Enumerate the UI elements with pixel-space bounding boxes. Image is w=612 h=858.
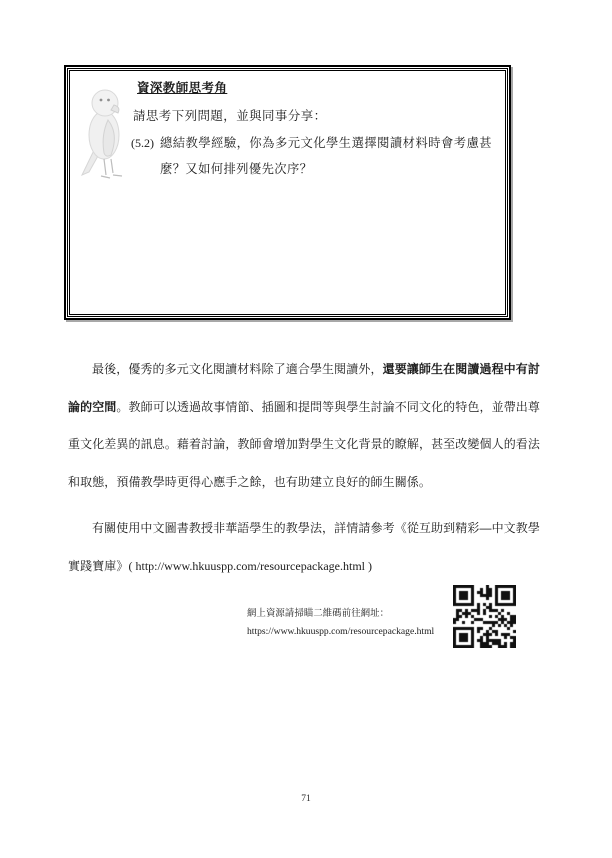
paragraph-reference: 有關使用中文圖書教授非華語學生的教學法，詳情請參考《從互助到精彩—中文教學實踐寶… xyxy=(68,510,540,585)
question-item: (5.2) 總結教學經驗，你為多元文化學生選擇閱讀材料時會考慮甚麼？又如何排列優… xyxy=(131,130,492,182)
resource-url-inline[interactable]: ( http://www.hkuuspp.com/resourcepackage… xyxy=(129,559,373,573)
bird-sketch-icon xyxy=(78,87,126,189)
document-page: 資深教師思考角 請思考下列問題，並與同事分享： (5.2) 總結教學經驗，你為多… xyxy=(0,0,612,858)
thinking-box: 資深教師思考角 請思考下列問題，並與同事分享： (5.2) 總結教學經驗，你為多… xyxy=(64,65,511,320)
question-text: 總結教學經驗，你為多元文化學生選擇閱讀材料時會考慮甚麼？又如何排列優先次序？ xyxy=(160,130,492,182)
qr-instruction-label: 網上資源請掃瞄二維碼前往網址： xyxy=(247,605,389,619)
qr-url[interactable]: https://www.hkuuspp.com/resourcepackage.… xyxy=(247,626,434,637)
paragraph-conclusion-lead: 最後，優秀的多元文化閱讀材料除了適合學生閱讀外， xyxy=(92,362,383,376)
box-intro: 請思考下列問題，並與同事分享： xyxy=(133,106,327,124)
question-number: (5.2) xyxy=(131,130,154,156)
paragraph-conclusion-rest: 。教師可以透過故事情節、插圖和提問等與學生討論不同文化的特色，並帶出尊重文化差異… xyxy=(68,400,540,489)
box-title: 資深教師思考角 xyxy=(137,78,227,96)
paragraph-conclusion: 最後，優秀的多元文化閱讀材料除了適合學生閱讀外，還要讓師生在閱讀過程中有討論的空… xyxy=(68,351,540,501)
page-number: 71 xyxy=(0,794,612,804)
qr-code xyxy=(453,585,516,648)
